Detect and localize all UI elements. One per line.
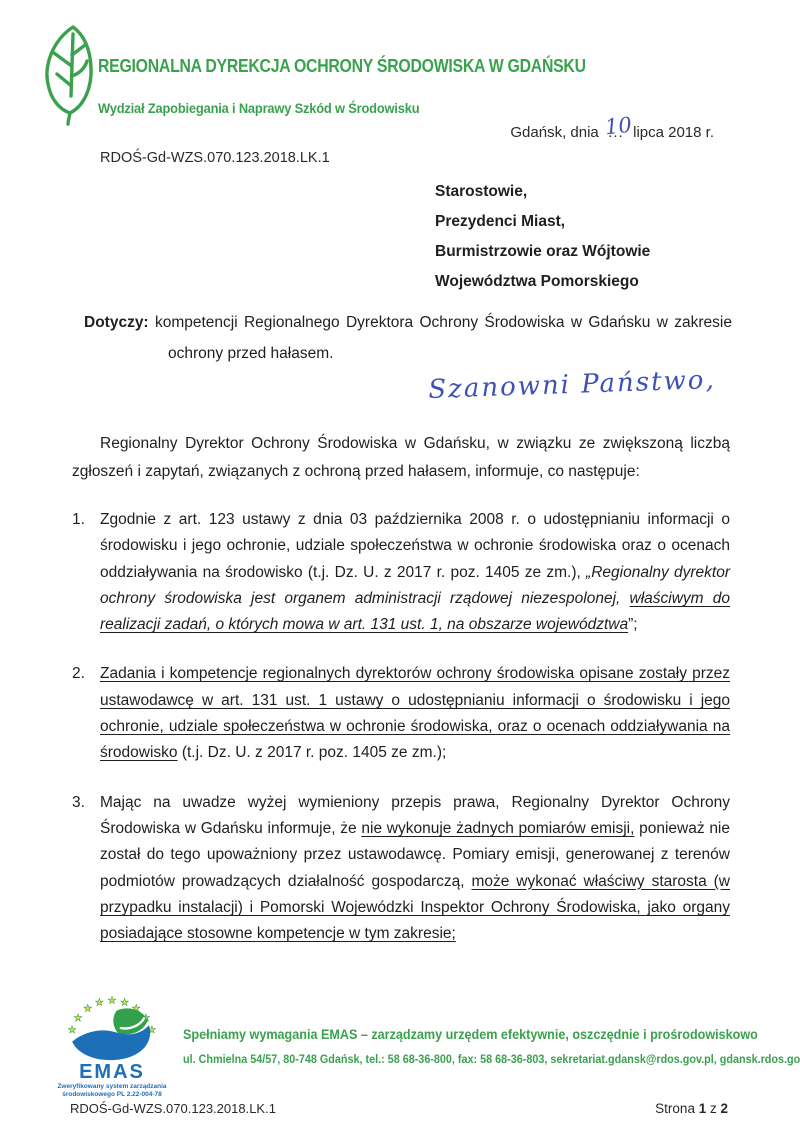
- list-item: 3.Mając na uwadze wyżej wymieniony przep…: [100, 790, 730, 948]
- leaf-logo-icon: [37, 24, 103, 126]
- item-number: 1.: [72, 507, 100, 533]
- subject-line: Dotyczy: kompetencji Regionalnego Dyrekt…: [84, 307, 732, 369]
- svg-text:★: ★: [74, 1013, 83, 1024]
- page-number: Strona 1 z 2: [655, 1101, 728, 1116]
- list-item: 2.Zadania i kompetencje regionalnych dyr…: [100, 661, 730, 766]
- svg-text:★: ★: [95, 998, 104, 1009]
- organization-name: REGIONALNA DYREKCJA OCHRONY ŚRODOWISKA W…: [98, 56, 586, 77]
- emas-subtext: Zweryfikowany system zarządzania środowi…: [56, 1083, 168, 1098]
- recipient-line: Burmistrzowie oraz Wójtowie: [435, 237, 650, 267]
- recipient-line: Starostowie,: [435, 177, 650, 207]
- svg-text:★: ★: [108, 996, 117, 1007]
- svg-text:★: ★: [68, 1025, 77, 1036]
- item-text: Zgodnie z art. 123 ustawy z dnia 03 paźd…: [100, 511, 730, 633]
- emas-logo-icon: ★ ★ ★ ★ ★ ★ ★ ★ ★: [56, 993, 168, 1063]
- svg-text:★: ★: [83, 1003, 92, 1014]
- svg-text:★: ★: [120, 998, 129, 1009]
- date-suffix: lipca 2018 r.: [633, 124, 714, 141]
- department-name: Wydział Zapobiegania i Naprawy Szkód w Ś…: [98, 100, 419, 116]
- reference-number: RDOŚ-Gd-WZS.070.123.2018.LK.1: [100, 150, 330, 166]
- intro-paragraph: Regionalny Dyrektor Ochrony Środowiska w…: [72, 430, 730, 486]
- numbered-list: 1.Zgodnie z art. 123 ustawy z dnia 03 pa…: [72, 507, 730, 970]
- recipient-line: Województwa Pomorskiego: [435, 267, 650, 297]
- handwritten-day: 10: [604, 113, 633, 140]
- footer-contact: ul. Chmielna 54/57, 80-748 Gdańsk, tel.:…: [183, 1052, 800, 1066]
- recipient-line: Prezydenci Miast,: [435, 207, 650, 237]
- footer-slogan: Spełniamy wymagania EMAS – zarządzamy ur…: [183, 1026, 758, 1042]
- item-number: 3.: [72, 790, 100, 816]
- item-text: Zadania i kompetencje regionalnych dyrek…: [100, 665, 730, 761]
- footer-reference-number: RDOŚ-Gd-WZS.070.123.2018.LK.1: [70, 1101, 276, 1116]
- letter-page: REGIONALNA DYREKCJA OCHRONY ŚRODOWISKA W…: [0, 0, 800, 1132]
- recipients-block: Starostowie, Prezydenci Miast, Burmistrz…: [435, 177, 650, 297]
- subject-text: kompetencji Regionalnego Dyrektora Ochro…: [155, 314, 732, 362]
- item-number: 2.: [72, 661, 100, 687]
- item-text: Mając na uwadze wyżej wymieniony przepis…: [100, 794, 730, 942]
- list-item: 1.Zgodnie z art. 123 ustawy z dnia 03 pa…: [100, 507, 730, 638]
- date-line: Gdańsk, dnia ... 10 lipca 2018 r.: [510, 124, 714, 141]
- handwritten-greeting: Szanowni Państwo,: [412, 364, 733, 405]
- emas-wordmark: EMAS: [56, 1061, 168, 1084]
- date-prefix: Gdańsk, dnia: [510, 124, 598, 141]
- day-slot: ... 10: [603, 124, 629, 141]
- subject-label: Dotyczy:: [84, 314, 149, 331]
